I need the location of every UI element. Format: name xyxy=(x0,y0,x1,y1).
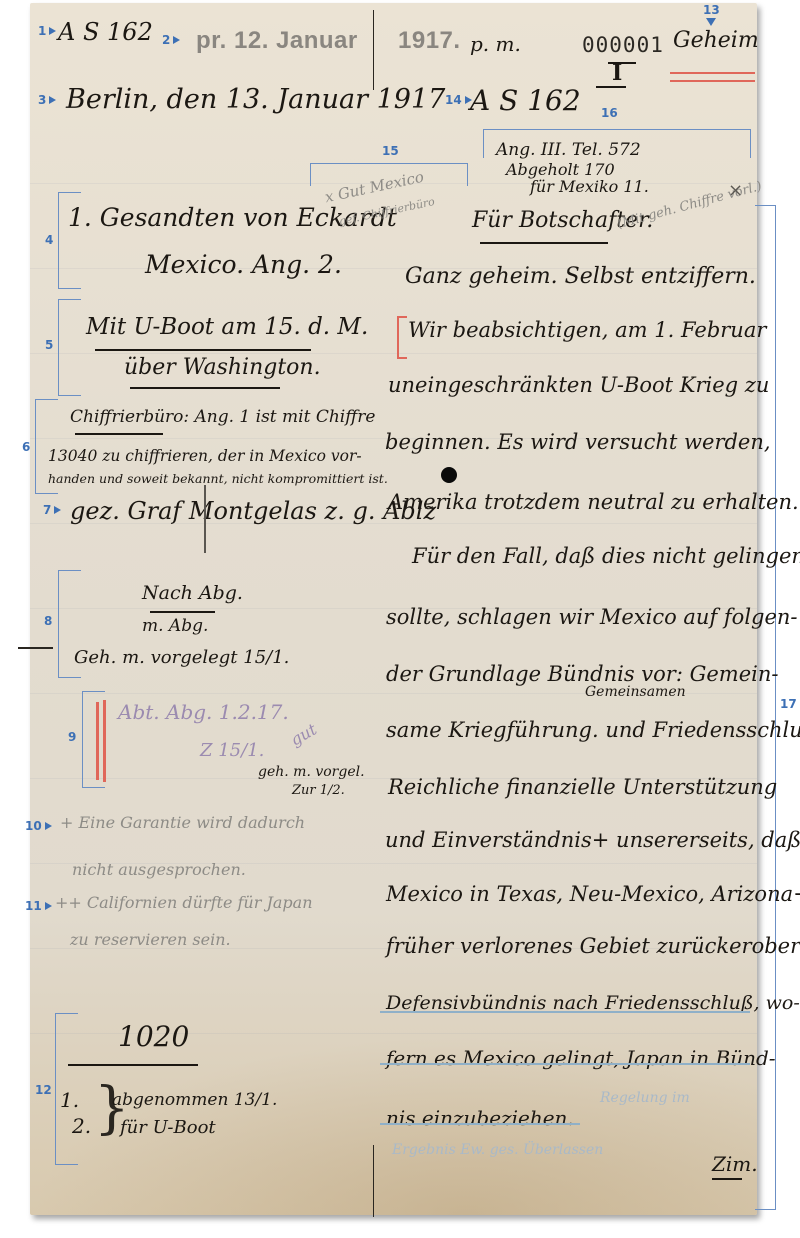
cipher-note-underline xyxy=(75,433,163,435)
signature-block: gez. Graf Montgelas z. g. Ablz xyxy=(70,497,436,525)
annotation-marker-17: 17 xyxy=(780,697,797,711)
annotation-marker-16: 16 xyxy=(601,106,618,120)
violet-note-line-4: Zur 1/2. xyxy=(292,783,345,798)
annotation-marker-5: 5 xyxy=(45,338,53,352)
file-number-right: A S 162 xyxy=(470,84,581,117)
cipher-note-line-2: 13040 zu chiffrieren, der in Mexico vor- xyxy=(48,447,362,465)
violet-note-line-1: Abt. Abg. 1.2.17. xyxy=(118,700,289,724)
roman-numeral: I xyxy=(612,60,622,86)
body-line-5: Amerika trotzdem neutral zu erhalten. xyxy=(388,490,799,514)
dispatch-note-underline xyxy=(150,611,215,613)
body-line-18: fern es Mexico gelingt, Japan in Bünd- xyxy=(386,1046,776,1070)
violet-note-line-3: geh. m. vorgel. xyxy=(258,764,365,780)
dispatch-note-line-1: Nach Abg. xyxy=(142,582,243,604)
journal-number-underline xyxy=(68,1064,198,1066)
annotation-marker-12: 12 xyxy=(35,1083,52,1097)
annotation-marker-10: 10 xyxy=(25,819,52,833)
body-line-19: nis einzubeziehen. xyxy=(386,1106,574,1130)
pencil-note-10-line-1: + Eine Garantie wird dadurch xyxy=(60,813,305,832)
annotation-marker-4: 4 xyxy=(45,233,53,247)
route-line-2: über Washington. xyxy=(124,355,321,380)
body-line-11: und Einverständnis+ unsererseits, daß xyxy=(385,828,800,852)
insertion-above: Gemeinsamen xyxy=(585,684,686,700)
column-divider-bottom xyxy=(373,1145,374,1217)
red-bracket-vertical xyxy=(397,316,399,358)
secret-marking: Geheim xyxy=(673,28,759,53)
stamp-pm: p. m. xyxy=(470,32,521,56)
received-stamp-year: 1917. xyxy=(398,27,461,55)
bracket-5 xyxy=(58,299,81,396)
annotation-marker-6: 6 xyxy=(22,440,30,454)
body-line-12: Mexico in Texas, Neu-Mexico, Arizona++ xyxy=(386,882,800,906)
annotation-marker-8: 8 xyxy=(44,614,52,628)
body-line-10: Reichliche finanzielle Unterstützung xyxy=(388,775,777,799)
pencil-note-11-line-1: ++ Californien dürfte für Japan xyxy=(55,893,313,912)
red-bracket-top xyxy=(397,316,407,318)
routing-note-line-3: für Mexiko 11. xyxy=(530,177,649,196)
journal-text-line-2: für U-Boot xyxy=(120,1117,216,1138)
body-line-9: same Kriegführung. und Friedensschluß. xyxy=(386,718,800,742)
body-line-8: der Grundlage Bündnis vor: Gemein- xyxy=(386,662,778,686)
pencil-note-11-line-2: zu reservieren sein. xyxy=(70,930,231,949)
blue-strike-3 xyxy=(380,1123,580,1125)
check-mark-x: × xyxy=(728,180,743,201)
journal-item-2: 2. xyxy=(72,1114,91,1138)
annotation-arrow-13 xyxy=(706,18,716,26)
annotation-marker-7: 7 xyxy=(43,503,61,517)
body-line-7: sollte, schlagen wir Mexico auf folgen- xyxy=(386,605,798,629)
dispatch-note-line-2: m. Abg. xyxy=(142,616,208,636)
annotation-marker-3: 3 xyxy=(38,93,56,107)
left-margin-stroke xyxy=(18,647,53,649)
addressee-line-2: Mexico. Ang. 2. xyxy=(145,250,342,279)
red-underline xyxy=(670,72,755,74)
annotation-marker-14: 14 xyxy=(445,93,472,107)
column-divider-top xyxy=(373,10,374,90)
route-underline-2 xyxy=(130,387,280,389)
red-bracket-bottom xyxy=(397,357,407,359)
annotation-marker-1: 1 xyxy=(38,24,56,38)
red-margin-line-1 xyxy=(96,702,99,780)
blue-pencil-note-1: Regelung im xyxy=(600,1090,690,1106)
dispatch-note-line-3: Geh. m. vorgelegt 15/1. xyxy=(74,647,289,668)
punch-hole xyxy=(441,467,457,483)
serial-number: 000001 xyxy=(582,33,664,57)
blue-strike-1 xyxy=(380,1011,750,1013)
journal-number: 1020 xyxy=(118,1020,189,1053)
body-line-1: Ganz geheim. Selbst entziffern. xyxy=(405,264,756,289)
annotation-marker-15: 15 xyxy=(382,144,399,158)
routing-note-line-1: Ang. III. Tel. 572 xyxy=(496,140,641,160)
salutation-underline xyxy=(480,242,608,244)
violet-note-line-2: Z 15/1. xyxy=(200,740,264,761)
signature: Zim. xyxy=(712,1152,758,1176)
cipher-note-line-1: Chiffrierbüro: Ang. 1 ist mit Chiffre xyxy=(70,407,375,427)
numeral-underline xyxy=(596,86,626,88)
route-underline-1 xyxy=(95,349,311,351)
blue-pencil-note-2: Ergebnis Ew. ges. Überlassen xyxy=(392,1142,603,1158)
cipher-note-line-3: handen und soweit bekannt, nicht komprom… xyxy=(48,471,388,486)
body-line-3: uneingeschränkten U-Boot Krieg zu xyxy=(388,373,769,397)
journal-item-1: 1. xyxy=(60,1088,79,1112)
body-line-4: beginnen. Es wird versucht werden, xyxy=(385,430,771,454)
bracket-9 xyxy=(82,691,105,788)
body-line-13: früher verlorenes Gebiet zurückerobert. xyxy=(386,934,800,958)
body-line-6: Für den Fall, daß dies nicht gelingen xyxy=(412,544,800,568)
body-line-2: Wir beabsichtigen, am 1. Februar xyxy=(408,318,766,342)
annotation-marker-9: 9 xyxy=(68,730,76,744)
red-underline-2 xyxy=(670,80,755,82)
pencil-note-10-line-2: nicht ausgesprochen. xyxy=(72,860,246,879)
journal-text-line-1: abgenommen 13/1. xyxy=(112,1090,277,1110)
file-number: A S 162 xyxy=(58,18,153,46)
blue-strike-2 xyxy=(380,1063,750,1065)
place-date: Berlin, den 13. Januar 1917 xyxy=(66,84,445,115)
received-stamp: pr. 12. Januar xyxy=(196,27,358,55)
annotation-marker-13: 13 xyxy=(703,3,720,17)
annotation-marker-2: 2 xyxy=(162,33,180,47)
signature-underline xyxy=(712,1178,742,1180)
red-margin-line-2 xyxy=(103,700,106,782)
route-line-1: Mit U-Boot am 15. d. M. xyxy=(86,314,368,340)
numeral-overline xyxy=(608,62,636,64)
pencil-stroke xyxy=(204,485,206,553)
annotation-marker-11: 11 xyxy=(25,899,52,913)
